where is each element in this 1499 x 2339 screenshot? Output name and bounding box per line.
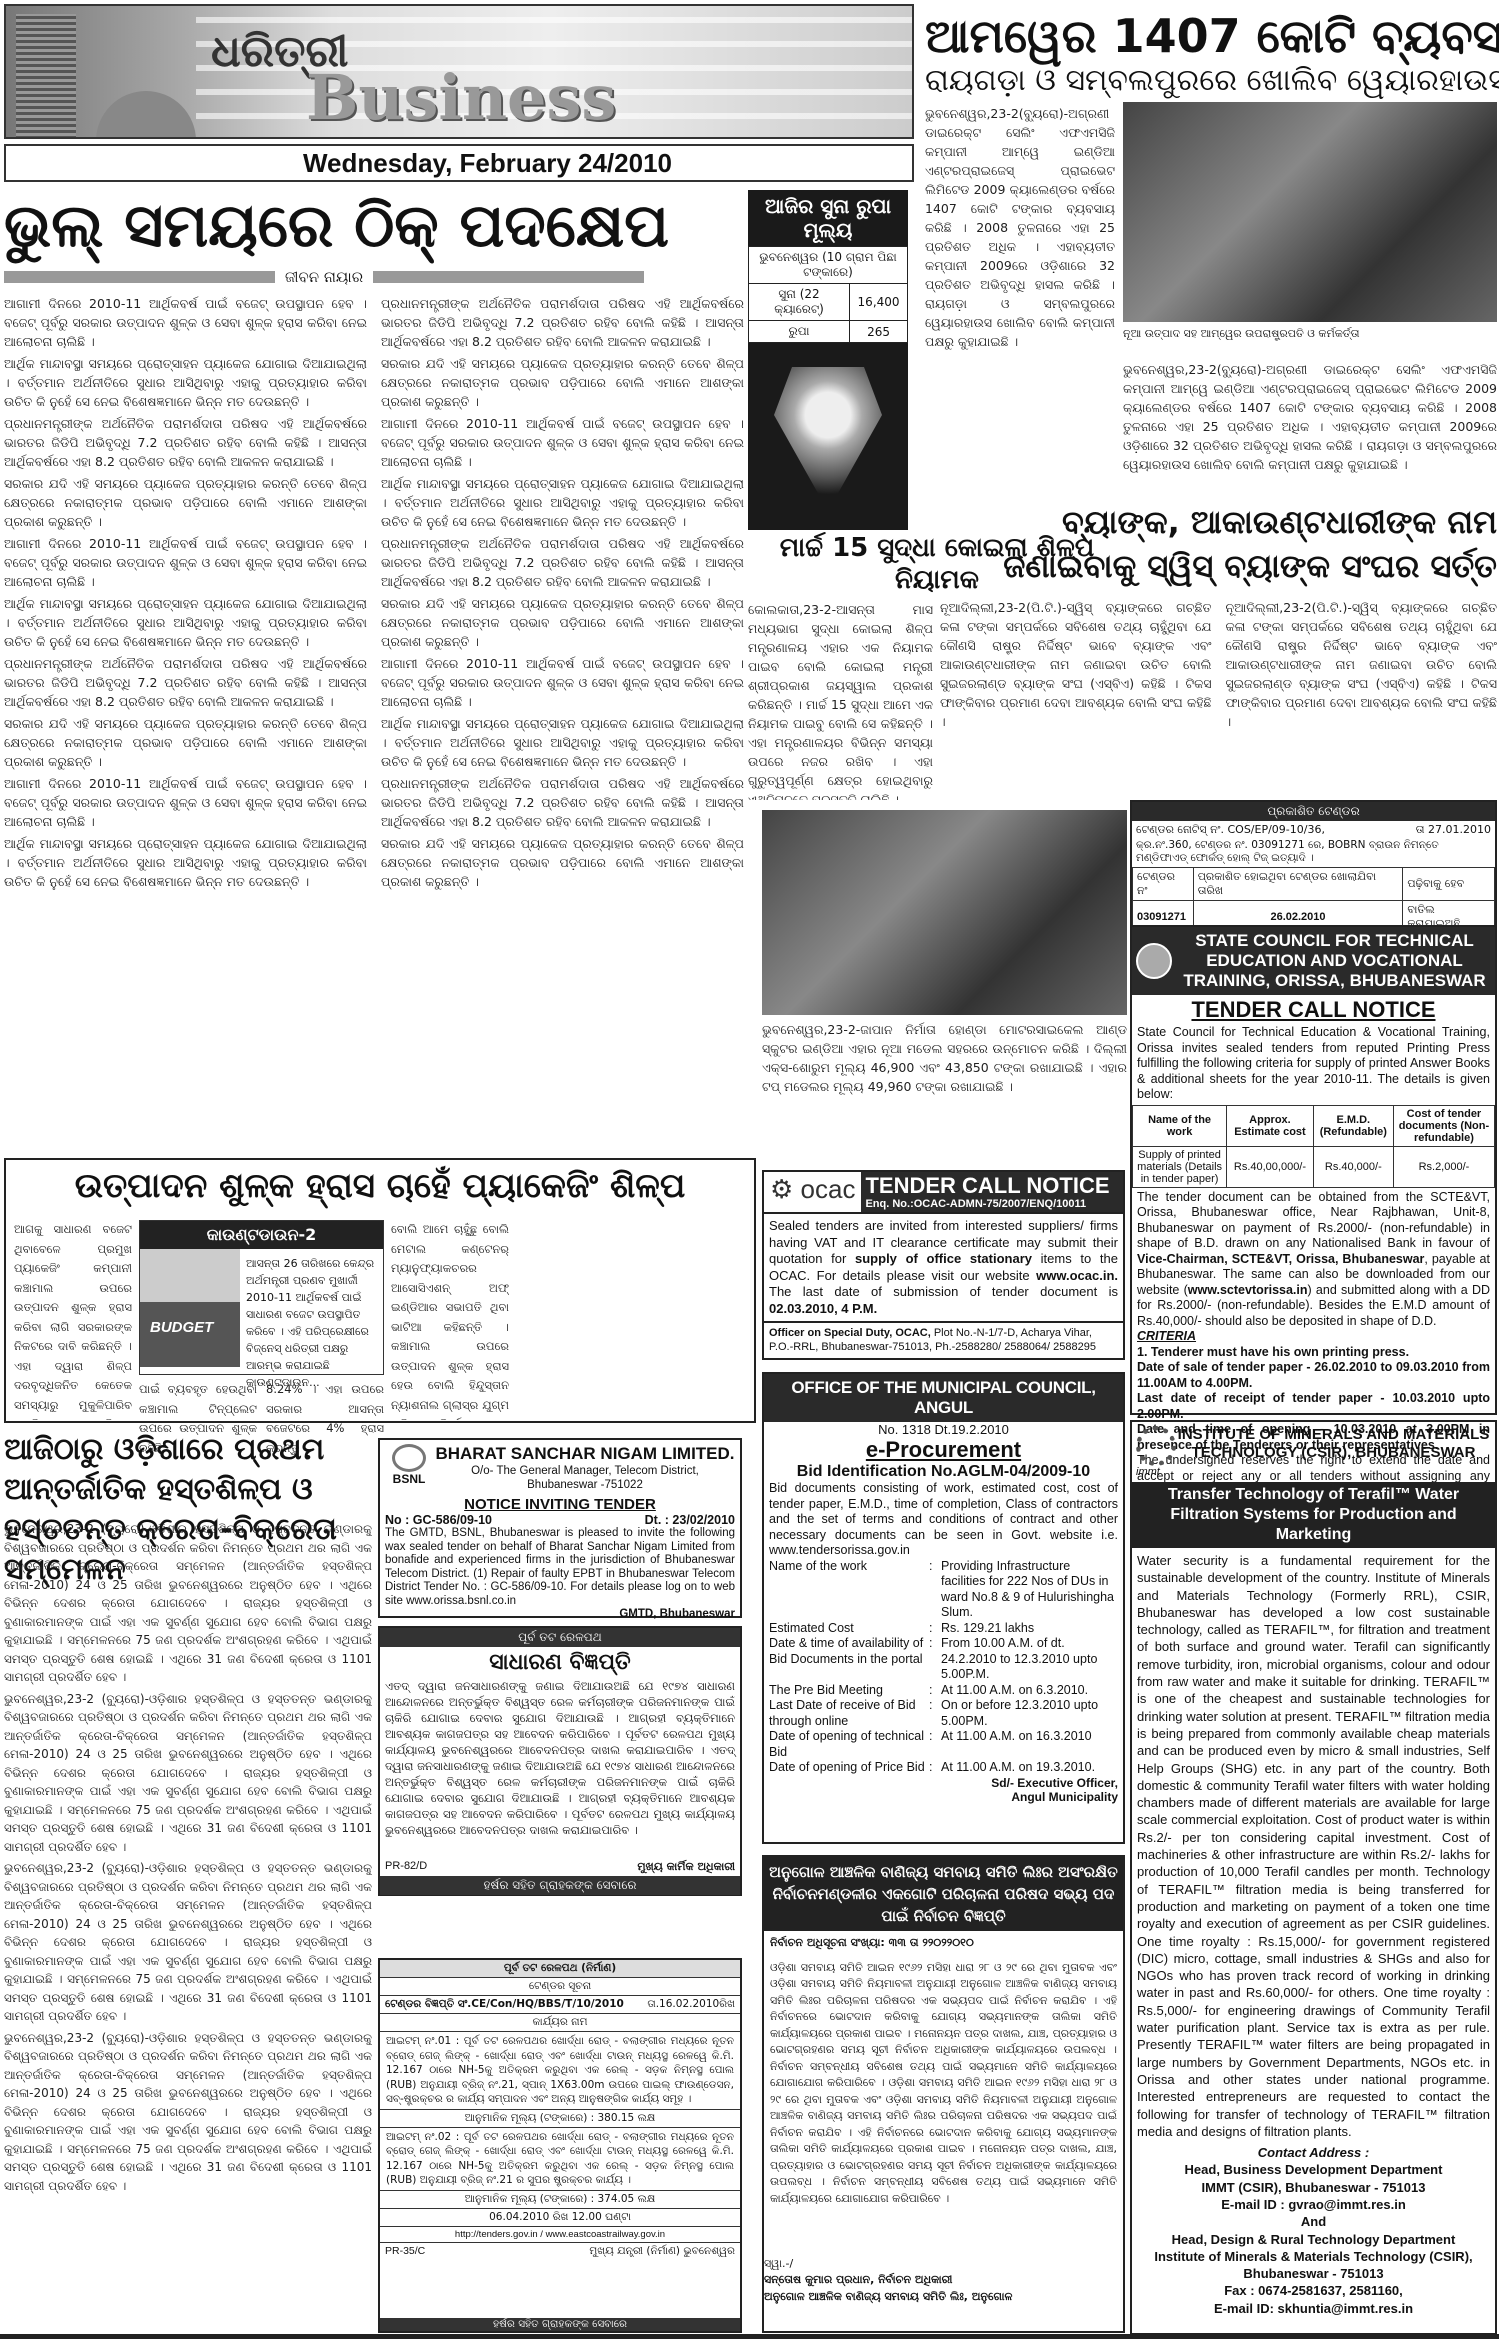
immt-technology-transfer-notice: immt INSTITUTE OF MINERALS AND MATERIALS…	[1130, 1420, 1497, 2335]
cooperative-election-notice: ଅନୁଗୋଳ ଆଞ୍ଚଳିକ ବାଣିଜ୍ୟ ସମବାୟ ସମିତି ଲିଃର …	[762, 1855, 1125, 2333]
gold-rate-title: ଆଜିର ସୁନା ରୁପା ମୂଲ୍ୟ	[748, 190, 908, 246]
bsnl-tender-notice: BSNL BHARAT SANCHAR NIGAM LIMITED. O/o- …	[378, 1438, 742, 1618]
email-link[interactable]: E-mail ID : gvrao@immt.res.in	[1132, 2196, 1495, 2213]
budget-briefcase-image: BUDGET	[140, 1249, 240, 1367]
logo-business: Business	[306, 61, 616, 134]
table-row: Supply of printed materials (Details in …	[1133, 1146, 1495, 1187]
budget-countdown-box: କାଉଣ୍ଟଡାଉନ-2 BUDGET ଆସନ୍ତା 26 ତାରିଖରେ କେ…	[139, 1220, 384, 1375]
packaging-headline: ଉତ୍ପାଦନ ଶୁଳ୍କ ହ୍ରାସ ଚାହେଁ ପ୍ୟାକେଜିଂ ଶିଳ୍…	[6, 1160, 754, 1212]
jewellery-pendant-image	[768, 351, 888, 511]
table-row: ରୁପା265	[749, 321, 908, 343]
immt-logo: immt	[1136, 1426, 1176, 1478]
lead-headline: ଭୁଲ୍ ସମୟରେ ଠିକ୍ ପଦକ୍ଷେପ	[4, 190, 644, 262]
amway-headline: ଆମୱେର 1407 କୋଟି ବ୍ୟବସାୟ	[925, 8, 1497, 64]
bsnl-swirl-icon	[392, 1444, 426, 1472]
amway-photo-caption: ନୂଆ ଉତ୍ପାଦ ସହ ଆମ୍‌ୱେର ଉପରାଷ୍ଟ୍ରପତି ଓ କର୍…	[1123, 326, 1497, 341]
bike-story-body: ଭୁବନେଶ୍ୱର,23-2-ଜାପାନ ନିର୍ମାତା ହୋଣ୍ଡା ମୋଟ…	[762, 1020, 1127, 1160]
railway-general-notice: ପୂର୍ବ ତଟ ରେଳପଥ ସାଧାରଣ ବିଜ୍ଞପ୍ତି ଏତଦ୍ ଦ୍ୱ…	[378, 1626, 742, 1896]
table-row: ସୁନା (22 କ୍ୟାରେଟ୍)16,400	[749, 284, 908, 321]
email-link[interactable]: E-mail ID: skhuntia@immt.res.in	[1132, 2300, 1495, 2317]
byline-author: ଜୀବନ ନାୟାର	[275, 268, 373, 286]
stock-exchange-tower-image	[16, 14, 76, 139]
ocac-logo: ⚙ ocac	[764, 1172, 861, 1212]
handicraft-story-body: ଭୁବନେଶ୍ୱର,23-2 (ବ୍ୟୁରୋ)-ଓଡ଼ିଶାର ହସ୍ତଶିଳ୍…	[4, 1520, 372, 2330]
page-bottom-rule	[0, 2334, 1499, 2339]
lead-story-body: ଆଗାମୀ ଦିନରେ 2010-11 ଆର୍ଥିକବର୍ଷ ପାଇଁ ବଜେଟ…	[4, 294, 744, 1124]
gear-icon: ⚙	[770, 1174, 793, 1204]
swiss-story-body: ନୂଆଦିଲ୍ଲୀ,23-2(ପି.ଟି.)-ସ୍ୱିସ୍ ବ୍ୟାଙ୍କରେ …	[940, 598, 1497, 798]
byline: ଜୀବନ ନାୟାର	[4, 268, 644, 286]
railway-website-link[interactable]: http://tenders.gov.in / www.eastcoastrai…	[380, 2227, 740, 2243]
motorcycle-launch-photo	[762, 810, 1127, 1015]
ocac-tender-notice: ⚙ ocac TENDER CALL NOTICE Enq. No.:OCAC-…	[762, 1170, 1125, 1360]
tender-call-title: TENDER CALL NOTICE	[1132, 995, 1495, 1025]
scte-website-link[interactable]: www.sctevtorissa.in	[1188, 1283, 1308, 1297]
scte-emblem-icon	[1136, 943, 1172, 979]
bsnl-logo: BSNL	[384, 1444, 434, 1492]
dateline: Wednesday, February 24/2010	[4, 144, 914, 182]
bid-details: Name of the work:Providing Infrastructur…	[764, 1559, 1123, 1776]
packaging-story-box: ଉତ୍ପାଦନ ଶୁଳ୍କ ହ୍ରାସ ଚାହେଁ ପ୍ୟାକେଜିଂ ଶିଳ୍…	[4, 1158, 756, 1423]
masthead-banner: ଧରିତ୍ରୀ Business	[4, 4, 914, 139]
railway-tender-notice: ପୂର୍ବ ତଟ ରେଳପଥ (ନିର୍ମାଣ) ଟେଣ୍ଡର ସୂଚନା ଟେ…	[378, 1958, 742, 2333]
gold-silver-rate-box: ଆଜିର ସୁନା ରୁପା ମୂଲ୍ୟ ଭୁବନେଶ୍ୱର (10 ଗ୍ରାମ…	[748, 190, 908, 530]
angul-municipal-notice: OFFICE OF THE MUNICIPAL COUNCIL, ANGUL N…	[762, 1372, 1125, 1844]
cog-icon	[1136, 1426, 1176, 1466]
amway-launch-photo	[1123, 102, 1497, 322]
swiss-bank-headline: ବ୍ୟାଙ୍କ, ଆକାଉଣ୍ଟଧାରୀଙ୍କ ନାମ ଜଣାଇବାକୁ ସ୍ୱ…	[940, 500, 1497, 588]
scte-tender-table: Name of the workApprox. Estimate costE.M…	[1132, 1105, 1495, 1188]
coal-story-body: କୋଲକାତା,23-2-ଆସନ୍ତା ମାସ ମଧ୍ୟଭାଗ ସୁଦ୍ଧା କ…	[748, 600, 933, 800]
amway-story-body: ଭୁବନେଶ୍ୱର,23-2(ବ୍ୟୁରୋ)-ଅଗ୍ରଣୀ ଡାଇରେକ୍ଟ ସ…	[925, 104, 1115, 494]
ocac-website-link[interactable]: www.ocac.in.	[1036, 1268, 1118, 1283]
dome-image	[96, 91, 196, 139]
tender-table: ଟେଣ୍ଡର ନଂପ୍ରକାଶିତ ହୋଇଥିବା ଟେଣ୍ଡର ଖୋଲାଯିବ…	[1132, 867, 1495, 934]
amway-subheadline: ରାୟଗଡ଼ା ଓ ସମ୍ବଲପୁରରେ ଖୋଲିବ ୱେୟାରହାଉସ	[925, 62, 1497, 100]
gold-rate-table: ଭୁବନେଶ୍ୱର (10 ଗ୍ରାମ ପିଛା ଟଙ୍କାରେ) ସୁନା (…	[748, 246, 908, 343]
amway-story-body-cont: ଭୁବନେଶ୍ୱର,23-2(ବ୍ୟୁରୋ)-ଅଗ୍ରଣୀ ଡାଇରେକ୍ଟ ସ…	[1123, 360, 1497, 490]
scte-tender-notice: STATE COUNCIL FOR TECHNICAL EDUCATION AN…	[1130, 925, 1497, 1415]
